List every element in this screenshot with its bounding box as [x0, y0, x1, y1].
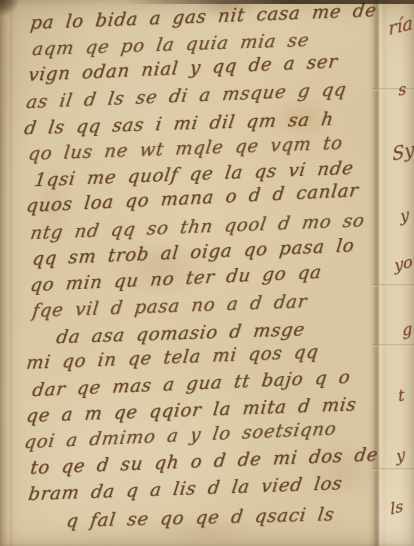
crease-line [372, 88, 414, 91]
paper-left-edge-shadow [0, 0, 14, 546]
handwriting-line: q fal se qo qe d qsaci ls [65, 501, 378, 535]
ink-fragment: y [395, 445, 405, 466]
ink-fragment: t [397, 385, 405, 406]
ink-fragment: g [401, 319, 412, 341]
crease-line [372, 284, 414, 287]
ink-fragment: s [397, 79, 406, 100]
photo-top-edge-shadow [0, 0, 414, 4]
letter-photo: pa lo bida a gas nit casa me de aqm qe p… [0, 0, 414, 546]
ink-fragment: y [399, 205, 409, 226]
handwriting-block: pa lo bida a gas nit casa me de aqm qe p… [24, 11, 376, 535]
crease-line [372, 468, 414, 471]
crease-line [372, 344, 414, 347]
ink-fragment: ls [390, 496, 404, 518]
